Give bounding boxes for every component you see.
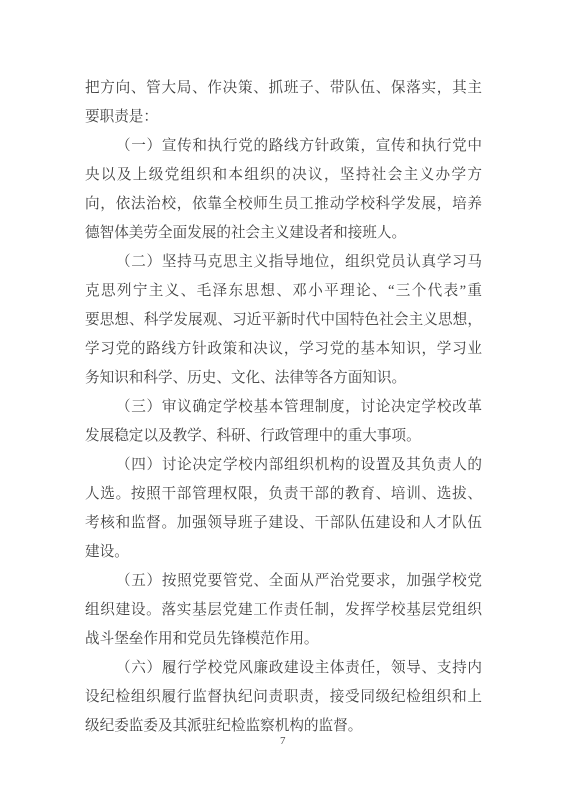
page-number: 7 (0, 735, 566, 747)
text-line: 央以及上级党组织和本组织的决议，坚持社会主义办学方 (85, 161, 482, 190)
text-line: （二）坚持马克思主义指导地位，组织党员认真学习马 (85, 248, 482, 277)
text-line: 考核和监督。加强领导班子建设、干部队伍建设和人才队伍 (85, 509, 482, 538)
text-line: 设纪检组织履行监督执纪问责职责，接受同级纪检组织和上 (85, 683, 482, 712)
text-line: 克思列宁主义、毛泽东思想、邓小平理论、“三个代表”重 (85, 277, 482, 306)
document-page: 把方向、管大局、作决策、抓班子、带队伍、保落实，其主 要职责是： （一）宣传和执… (0, 0, 566, 800)
text-line: 德智体美劳全面发展的社会主义建设者和接班人。 (85, 219, 482, 248)
text-line: 发展稳定以及教学、科研、行政管理中的重大事项。 (85, 422, 482, 451)
text-line: （四）讨论决定学校内部组织机构的设置及其负责人的 (85, 451, 482, 480)
text-line: 组织建设。落实基层党建工作责任制，发挥学校基层党组织 (85, 596, 482, 625)
text-line: 人选。按照干部管理权限，负责干部的教育、培训、选拔、 (85, 480, 482, 509)
text-line: 务知识和科学、历史、文化、法律等各方面知识。 (85, 364, 482, 393)
text-line: 战斗堡垒作用和党员先锋模范作用。 (85, 625, 482, 654)
text-line: （六）履行学校党风廉政建设主体责任，领导、支持内 (85, 654, 482, 683)
text-line: 把方向、管大局、作决策、抓班子、带队伍、保落实，其主 (85, 74, 482, 103)
text-line: 要职责是： (85, 103, 482, 132)
text-line: （一）宣传和执行党的路线方针政策，宣传和执行党中 (85, 132, 482, 161)
text-line: 向，依法治校，依靠全校师生员工推动学校科学发展，培养 (85, 190, 482, 219)
text-line: 建设。 (85, 538, 482, 567)
text-line: （五）按照党要管党、全面从严治党要求，加强学校党 (85, 567, 482, 596)
text-line: 学习党的路线方针政策和决议，学习党的基本知识，学习业 (85, 335, 482, 364)
text-line: 要思想、科学发展观、习近平新时代中国特色社会主义思想， (85, 306, 482, 335)
document-body: 把方向、管大局、作决策、抓班子、带队伍、保落实，其主 要职责是： （一）宣传和执… (85, 74, 482, 741)
text-line: （三）审议确定学校基本管理制度，讨论决定学校改革 (85, 393, 482, 422)
